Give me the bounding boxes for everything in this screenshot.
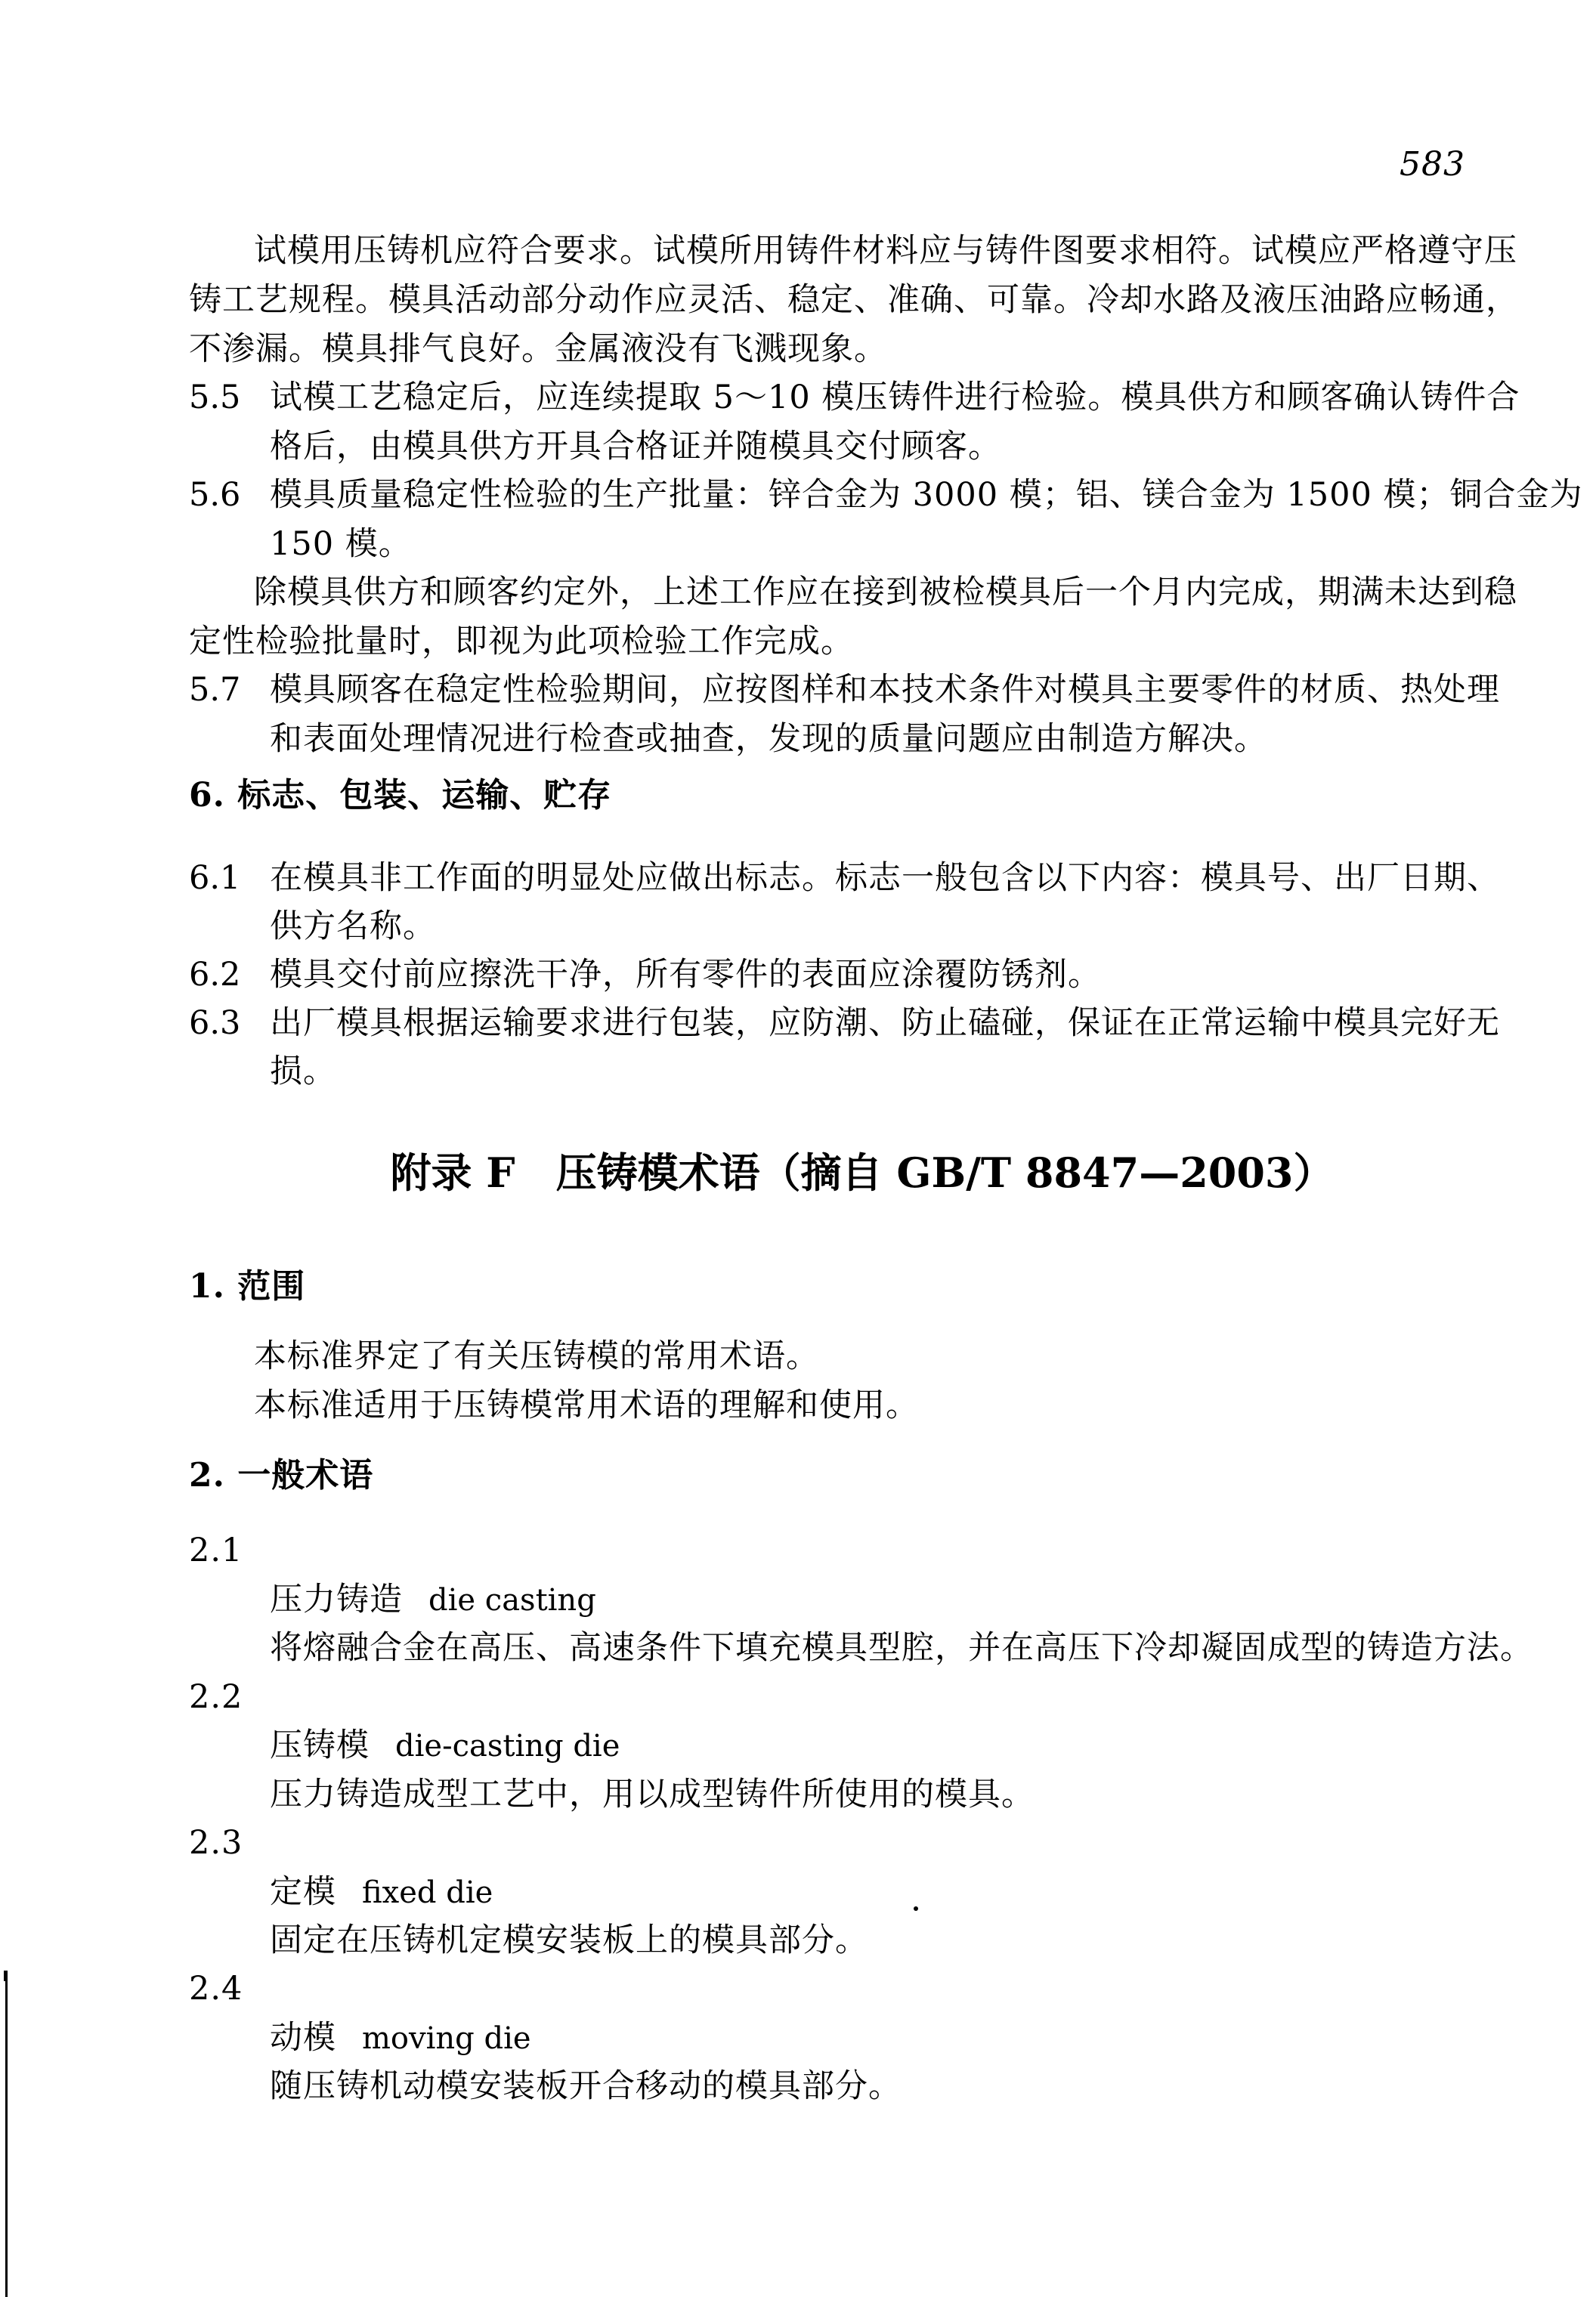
term-2-2-definition: 压力铸造成型工艺中，用以成型铸件所使用的模具。 <box>189 1770 1596 1819</box>
clause-number: 6.1 <box>189 854 270 903</box>
clause-5-6-line-2: 150 模。 <box>189 520 1596 569</box>
term-zh: 压铸模 <box>270 1727 370 1764</box>
term-2-3-number: 2.3 <box>189 1819 1536 1868</box>
scan-artifact-left-rule-tick <box>4 1971 6 1981</box>
term-zh: 压力铸造 <box>270 1581 403 1618</box>
scope-line-2: 本标准适用于压铸模常用术语的理解和使用。 <box>189 1381 1596 1430</box>
clause-5-5-line-1: 5.5试模工艺稳定后，应连续提取 5～10 模压铸件进行检验。模具供方和顾客确认… <box>189 373 1536 422</box>
clause-text: 模具质量稳定性检验的生产批量：锌合金为 3000 模；铝、镁合金为 1500 模… <box>270 476 1583 514</box>
between-line-2: 定性检验批量时，即视为此项检验工作完成。 <box>189 617 1536 666</box>
clause-5-7-line-1: 5.7模具顾客在稳定性检验期间，应按图样和本技术条件对模具主要零件的材质、热处理 <box>189 666 1536 715</box>
clause-number: 5.6 <box>189 471 270 520</box>
intro-line-1: 试模用压铸机应符合要求。试模所用铸件材料应与铸件图要求相符。试模应严格遵守压 <box>189 227 1596 276</box>
general-terms-heading: 2. 一般术语 <box>189 1451 1536 1500</box>
term-2-1-number: 2.1 <box>189 1526 1536 1575</box>
section-6-heading: 6. 标志、包装、运输、贮存 <box>189 771 1536 820</box>
clause-6-3-line-2: 损。 <box>189 1047 1596 1096</box>
intro-line-3: 不渗漏。模具排气良好。金属液没有飞溅现象。 <box>189 325 1536 374</box>
scope-heading: 1. 范围 <box>189 1262 1536 1311</box>
clause-5-7-line-2: 和表面处理情况进行检查或抽查，发现的质量问题应由制造方解决。 <box>189 715 1596 764</box>
term-2-1-name: 压力铸造die casting <box>189 1575 1596 1625</box>
scan-artifact-left-rule <box>5 1971 8 2297</box>
intro-line-2: 铸工艺规程。模具活动部分动作应灵活、稳定、准确、可靠。冷却水路及液压油路应畅通， <box>189 276 1536 325</box>
term-2-4-definition: 随压铸机动模安装板开合移动的模具部分。 <box>189 2062 1596 2111</box>
term-en: fixed die <box>362 1875 493 1910</box>
term-2-2-number: 2.2 <box>189 1673 1536 1722</box>
clause-text: 出厂模具根据运输要求进行包装，应防潮、防止磕碰，保证在正常运输中模具完好无 <box>270 1004 1500 1042</box>
clause-5-6-line-1: 5.6模具质量稳定性检验的生产批量：锌合金为 3000 模；铝、镁合金为 150… <box>189 471 1536 520</box>
clause-6-3-line-1: 6.3出厂模具根据运输要求进行包装，应防潮、防止磕碰，保证在正常运输中模具完好无 <box>189 999 1536 1048</box>
clause-number: 6.2 <box>189 951 270 1000</box>
clause-text: 模具交付前应擦洗干净，所有零件的表面应涂覆防锈剂。 <box>270 956 1101 994</box>
term-2-4-number: 2.4 <box>189 1965 1536 2014</box>
term-en: moving die <box>362 2021 531 2056</box>
clause-number: 5.5 <box>189 373 270 422</box>
term-2-2-name: 压铸模die-casting die <box>189 1721 1596 1770</box>
term-zh: 定模 <box>270 1873 336 1911</box>
clause-number: 6.3 <box>189 999 270 1048</box>
document-page: 583 试模用压铸机应符合要求。试模所用铸件材料应与铸件图要求相符。试模应严格遵… <box>0 0 1596 2297</box>
term-zh: 动模 <box>270 2019 336 2057</box>
between-line-1: 除模具供方和顾客约定外，上述工作应在接到被检模具后一个月内完成，期满未达到稳 <box>189 568 1596 617</box>
clause-5-5-line-2: 格后，由模具供方开具合格证并随模具交付顾客。 <box>189 422 1596 471</box>
clause-text: 在模具非工作面的明显处应做出标志。标志一般包含以下内容：模具号、出厂日期、 <box>270 859 1500 897</box>
appendix-title: 附录 F 压铸模术语（摘自 GB/T 8847—2003） <box>189 1142 1536 1203</box>
term-2-1-definition: 将熔融合金在高压、高速条件下填充模具型腔，并在高压下冷却凝固成型的铸造方法。 <box>189 1624 1596 1673</box>
clause-6-1-line-1: 6.1在模具非工作面的明显处应做出标志。标志一般包含以下内容：模具号、出厂日期、 <box>189 854 1536 903</box>
scan-artifact-speck <box>914 1906 918 1911</box>
term-2-3-definition: 固定在压铸机定模安装板上的模具部分。 <box>189 1916 1596 1965</box>
scope-line-1: 本标准界定了有关压铸模的常用术语。 <box>189 1332 1596 1381</box>
term-2-4-name: 动模moving die <box>189 2014 1596 2063</box>
page-number: 583 <box>1400 145 1465 184</box>
clause-text: 试模工艺稳定后，应连续提取 5～10 模压铸件进行检验。模具供方和顾客确认铸件合 <box>270 379 1520 416</box>
term-en: die-casting die <box>395 1729 620 1764</box>
term-en: die casting <box>428 1583 596 1618</box>
term-2-3-name: 定模fixed die <box>189 1868 1596 1917</box>
clause-number: 5.7 <box>189 666 270 715</box>
clause-6-2-line-1: 6.2模具交付前应擦洗干净，所有零件的表面应涂覆防锈剂。 <box>189 951 1536 1000</box>
clause-6-1-line-2: 供方名称。 <box>189 902 1596 951</box>
clause-text: 模具顾客在稳定性检验期间，应按图样和本技术条件对模具主要零件的材质、热处理 <box>270 671 1500 709</box>
